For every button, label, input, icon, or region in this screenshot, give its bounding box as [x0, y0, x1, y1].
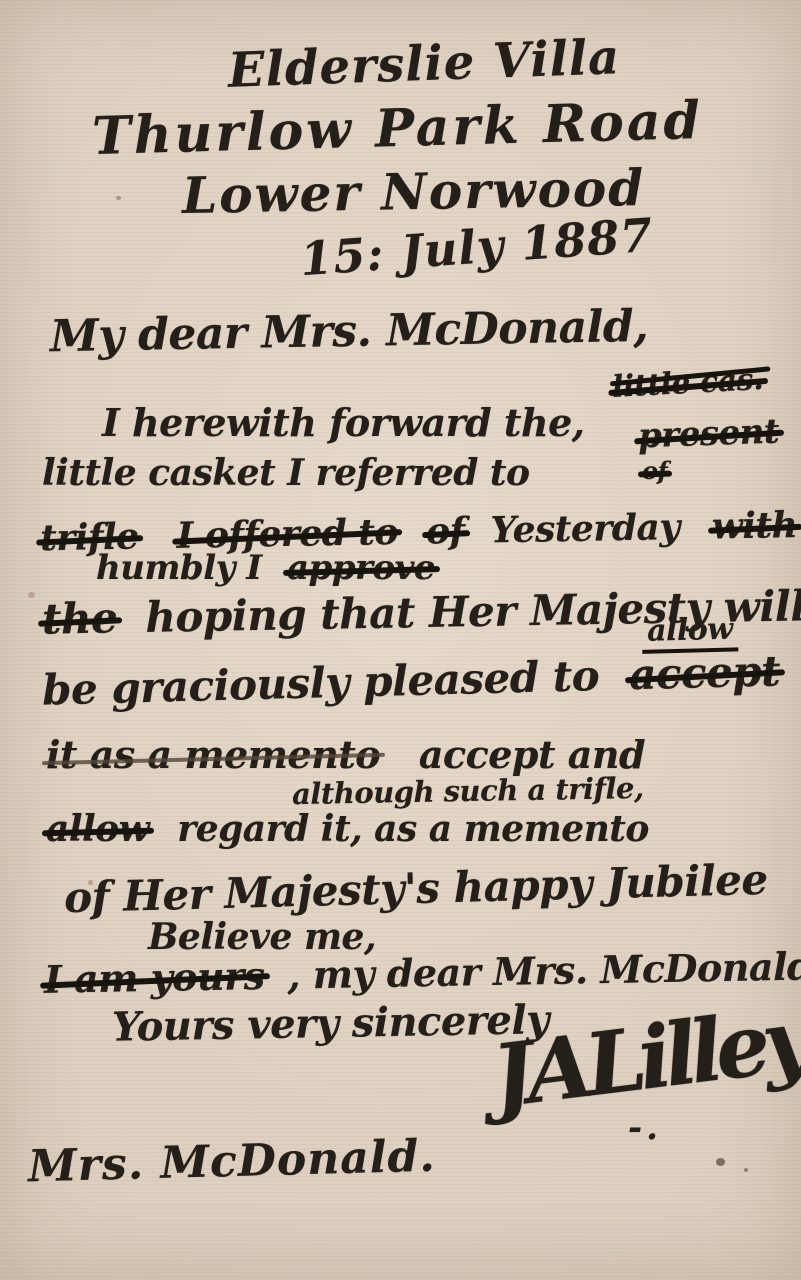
body-line-1: I herewith forward the, — [102, 400, 585, 445]
strikethrough-text: little cas. — [611, 362, 764, 405]
body-line-1-deletion: present — [637, 412, 779, 457]
strikethrough-text: of — [426, 510, 465, 553]
inserted-word-above: allow — [642, 611, 739, 653]
paper-blemish — [88, 880, 93, 885]
strikethrough-text: accept — [629, 646, 781, 699]
footer-addressee: Mrs. McDonald. — [27, 1131, 436, 1193]
body-text: regard it, as a memento — [177, 808, 649, 850]
paper-blemish — [28, 592, 35, 598]
body-line-7: it as a memento accept and — [46, 732, 645, 777]
body-line-8-insertion: although such a trifle, — [292, 771, 644, 811]
ink-speck — [116, 196, 121, 200]
strikethrough-text: the — [42, 593, 118, 643]
strikethrough-text: approve — [287, 548, 435, 588]
deleted-fragment: little cas. — [611, 362, 764, 405]
closing-text: , my dear Mrs. McDonald, — [287, 943, 801, 997]
body-line-2: little casket I referred to — [42, 452, 530, 494]
strikethrough-text-light: it as a memento — [46, 732, 380, 777]
ink-speck — [744, 1168, 748, 1172]
strikethrough-text: with — [711, 504, 797, 547]
strikethrough-text: I am yours — [44, 953, 265, 1002]
signature-flourish-mark: -. — [628, 1108, 662, 1148]
body-line-6: be graciously pleased to accept allow — [41, 646, 780, 714]
address-villa: Elderslie Villa — [227, 29, 621, 99]
body-line-1-deletion-small: of — [642, 456, 667, 485]
body-line-9: allow regard it, as a memento — [46, 808, 649, 850]
strikethrough-text: allow — [46, 808, 149, 850]
address-road: Thurlow Park Road — [91, 90, 703, 167]
ink-speck — [716, 1158, 725, 1166]
salutation: My dear Mrs. McDonald, — [50, 301, 649, 362]
correction-group: accept allow — [629, 646, 781, 699]
closing-yours-sincerely: Yours very sincerely — [112, 996, 550, 1051]
body-line-4: humbly I approve — [96, 548, 435, 588]
strikethrough-text: of — [642, 456, 667, 485]
strikethrough-text: present — [637, 412, 779, 457]
body-text: be graciously pleased to — [41, 651, 599, 715]
letter-page: Elderslie Villa Thurlow Park Road Lower … — [0, 0, 801, 1280]
body-text: accept and — [419, 732, 645, 777]
body-text: humbly I — [96, 548, 262, 588]
body-text: Yesterday — [490, 506, 680, 551]
body-line-10: of Her Majesty's happy Jubilee — [63, 855, 768, 922]
